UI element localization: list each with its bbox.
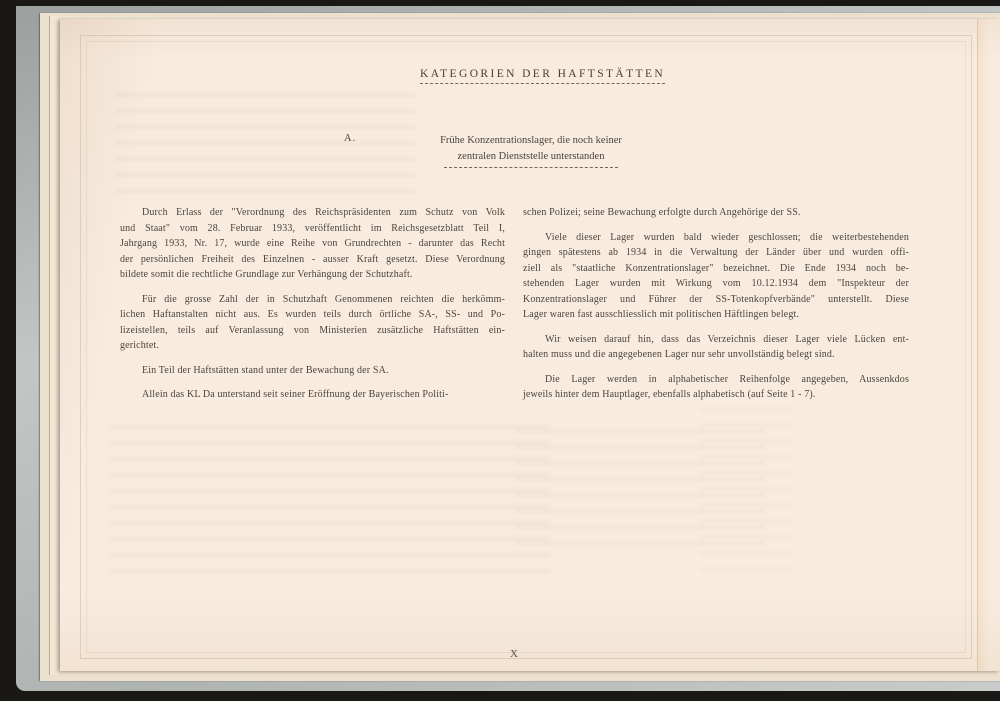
text-column-left: Durch Erlass der "Verordnung des Reichsp… [120, 205, 505, 403]
paragraph: Die Lager werden in alphabetischer Reihe… [523, 372, 909, 403]
text-line: Viele dieser Lager wurden bald wieder ge… [523, 230, 909, 246]
section-heading-line1: Frühe Konzentrationslager, die noch kein… [361, 133, 701, 149]
text-line: Konzentrationslager und Führer der SS-To… [523, 292, 909, 308]
text-line: Jahrgang 1933, Nr. 17, wurde eine Reihe … [120, 236, 505, 252]
text-line: jeweils hinter dem Hauptlager, ebenfalls… [523, 387, 909, 403]
text-line: halten muss und die angegebenen Lager nu… [523, 347, 909, 363]
text-line: Die Lager werden in alphabetischer Reihe… [523, 372, 909, 388]
paragraph: Durch Erlass der "Verordnung des Reichsp… [120, 205, 505, 283]
text-line: und Staat" vom 28. Februar 1933, veröffe… [120, 221, 505, 237]
document-page: KATEGORIEN DER HAFTSTÄTTEN A. Frühe Konz… [60, 19, 1000, 671]
paragraph: Viele dieser Lager wurden bald wieder ge… [523, 230, 909, 323]
paragraph: schen Polizei; seine Bewachung erfolgte … [523, 205, 909, 221]
text-line: Wir weisen darauf hin, dass das Verzeich… [523, 332, 909, 348]
text-line: Für die grosse Zahl der in Schutzhaft Ge… [120, 292, 505, 308]
text-line: ziell als "staatliche Konzentrationslage… [523, 261, 909, 277]
text-line: der persönlichen Freiheit des Einzelnen … [120, 252, 505, 268]
text-line: schen Polizei; seine Bewachung erfolgte … [523, 205, 909, 221]
page-title: KATEGORIEN DER HAFTSTÄTTEN [420, 68, 665, 84]
text-column-right: schen Polizei; seine Bewachung erfolgte … [523, 205, 909, 403]
page-fold-line [977, 19, 989, 671]
paragraph: Allein das KL Da unterstand seit seiner … [120, 387, 505, 403]
section-heading-line2-wrap: zentralen Dienststelle unterstanden [361, 149, 701, 168]
body-text: Durch Erlass der "Verordnung des Reichsp… [120, 205, 909, 403]
bleed-through-ghost [515, 419, 765, 547]
text-line: Ein Teil der Haftstätten stand unter der… [120, 363, 505, 379]
paragraph: Ein Teil der Haftstätten stand unter der… [120, 363, 505, 379]
page-number: X [120, 648, 909, 660]
paragraph: Wir weisen darauf hin, dass das Verzeich… [523, 332, 909, 363]
bleed-through-ghost [110, 415, 550, 583]
text-line: Allein das KL Da unterstand seit seiner … [120, 387, 505, 403]
scan-background: KATEGORIEN DER HAFTSTÄTTEN A. Frühe Konz… [0, 0, 1000, 701]
text-line: gerichtet. [120, 338, 505, 354]
text-line: lichen Haftanstalten nicht aus. Es wurde… [120, 307, 505, 323]
section-heading-line2: zentralen Dienststelle unterstanden [444, 149, 619, 168]
paragraph: Für die grosse Zahl der in Schutzhaft Ge… [120, 292, 505, 354]
bleed-through-ghost [700, 397, 792, 579]
text-line: lizeistellen, teils auf Veranlassung von… [120, 323, 505, 339]
text-line: Durch Erlass der "Verordnung des Reichsp… [120, 205, 505, 221]
text-line: gingen spätestens ab 1934 in die Verwalt… [523, 245, 909, 261]
section-label: A. [344, 133, 356, 144]
text-line: bildete somit die rechtliche Grundlage z… [120, 267, 505, 283]
section-heading: Frühe Konzentrationslager, die noch kein… [361, 133, 701, 168]
text-line: Lager waren fast ausschliesslich mit pol… [523, 307, 909, 323]
text-line: stehenden Lager wurden mit Wirkung vom 1… [523, 276, 909, 292]
